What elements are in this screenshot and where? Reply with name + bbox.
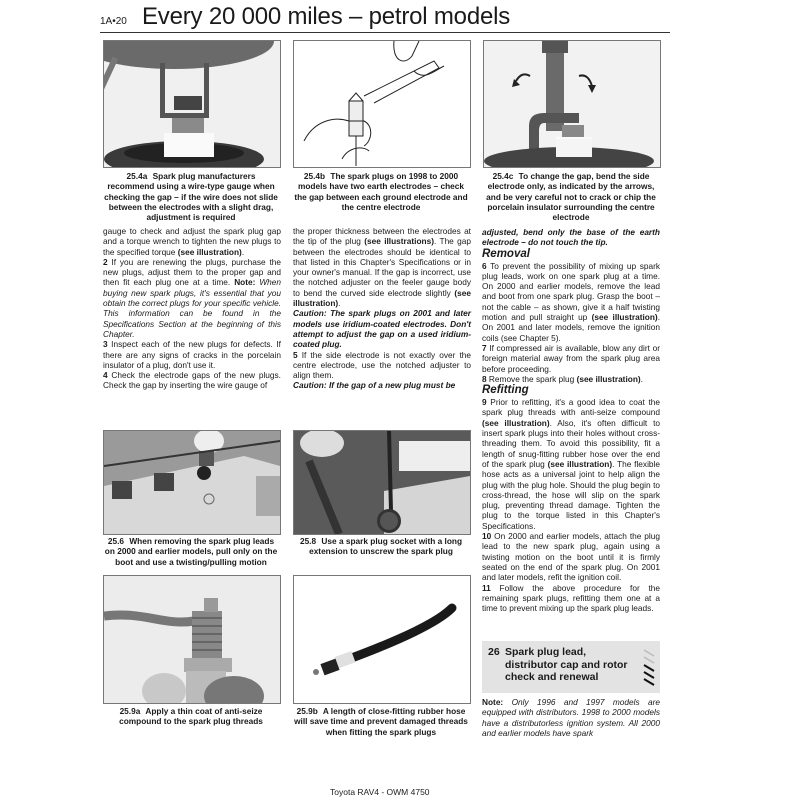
figure-25-6-caption: 25.6 When removing the spark plug leads … bbox=[103, 536, 279, 567]
page-header: 1A•20 Every 20 000 miles – petrol models bbox=[100, 6, 670, 33]
page-footer: Toyota RAV4 - OWM 4750 bbox=[330, 787, 430, 797]
column-2-text: the proper thickness between the electro… bbox=[293, 226, 471, 391]
column-1-text: gauge to check and adjust the spark plug… bbox=[103, 226, 281, 391]
paragraph-3: 3 Inspect each of the new plugs for defe… bbox=[103, 339, 281, 370]
figure-25-4b-caption: 25.4b The spark plugs on 1998 to 2000 mo… bbox=[293, 171, 469, 212]
paragraph-2: 2 If you are renewing the plugs, purchas… bbox=[103, 257, 281, 339]
figure-25-4a-image bbox=[103, 40, 281, 168]
see-illustration-ref: (see illustration) bbox=[178, 247, 242, 257]
section-26-note: Note: Only 1996 and 1997 models are equi… bbox=[482, 697, 660, 738]
section-26-heading-box: 26 Spark plug lead, distributor cap and … bbox=[482, 641, 660, 693]
section-number: 26 bbox=[488, 646, 500, 658]
caution-new-plug: Caution: If the gap of a new plug must b… bbox=[293, 380, 471, 390]
paragraph-7: 7 If compressed air is available, blow a… bbox=[482, 343, 660, 374]
figure-25-8-image bbox=[293, 430, 471, 535]
caution-cont: adjusted, bend only the base of the eart… bbox=[482, 227, 660, 248]
heading-removal: Removal bbox=[482, 248, 660, 261]
paragraph-8: 8 Remove the spark plug (see illustratio… bbox=[482, 374, 660, 384]
figure-25-4a-caption: 25.4a Spark plug manufacturers recommend… bbox=[103, 171, 279, 222]
manual-page: 1A•20 Every 20 000 miles – petrol models… bbox=[100, 0, 670, 800]
column-3-text: adjusted, bend only the base of the eart… bbox=[482, 227, 660, 613]
figure-25-8-caption: 25.8 Use a spark plug socket with a long… bbox=[293, 536, 469, 557]
paragraph-4-cont: the proper thickness between the electro… bbox=[293, 226, 471, 308]
figure-25-4c-image bbox=[483, 40, 661, 168]
paragraph-5: 5 If the side electrode is not exactly o… bbox=[293, 350, 471, 381]
figure-25-9a-caption: 25.9a Apply a thin coat of anti-seize co… bbox=[103, 706, 279, 727]
figure-25-9b-image bbox=[293, 575, 471, 704]
paragraph-11: 11 Follow the above procedure for the re… bbox=[482, 583, 660, 614]
figure-25-6-image bbox=[103, 430, 281, 535]
paragraph-4: 4 Check the electrode gaps of the new pl… bbox=[103, 370, 281, 391]
figure-25-4c-caption: 25.4c To change the gap, bend the side e… bbox=[483, 171, 659, 222]
page-title: Every 20 000 miles – petrol models bbox=[142, 3, 510, 31]
section-title: Spark plug lead, distributor cap and rot… bbox=[505, 646, 630, 684]
paragraph-9: 9 Prior to refitting, it's a good idea t… bbox=[482, 397, 660, 531]
heading-refitting: Refitting bbox=[482, 384, 660, 397]
paragraph-6: 6 To prevent the possibility of mixing u… bbox=[482, 261, 660, 343]
page-number: 1A•20 bbox=[100, 16, 127, 27]
figure-25-9b-caption: 25.9b A length of close-fitting rubber h… bbox=[293, 706, 469, 737]
paragraph-10: 10 On 2000 and earlier models, attach th… bbox=[482, 531, 660, 582]
figure-25-9a-image bbox=[103, 575, 281, 704]
wrench-difficulty-icon bbox=[642, 647, 656, 687]
paragraph-1: gauge to check and adjust the spark plug… bbox=[103, 226, 281, 257]
figure-25-4b-image bbox=[293, 40, 471, 168]
caution-iridium: Caution: The spark plugs on 2001 and lat… bbox=[293, 308, 471, 349]
